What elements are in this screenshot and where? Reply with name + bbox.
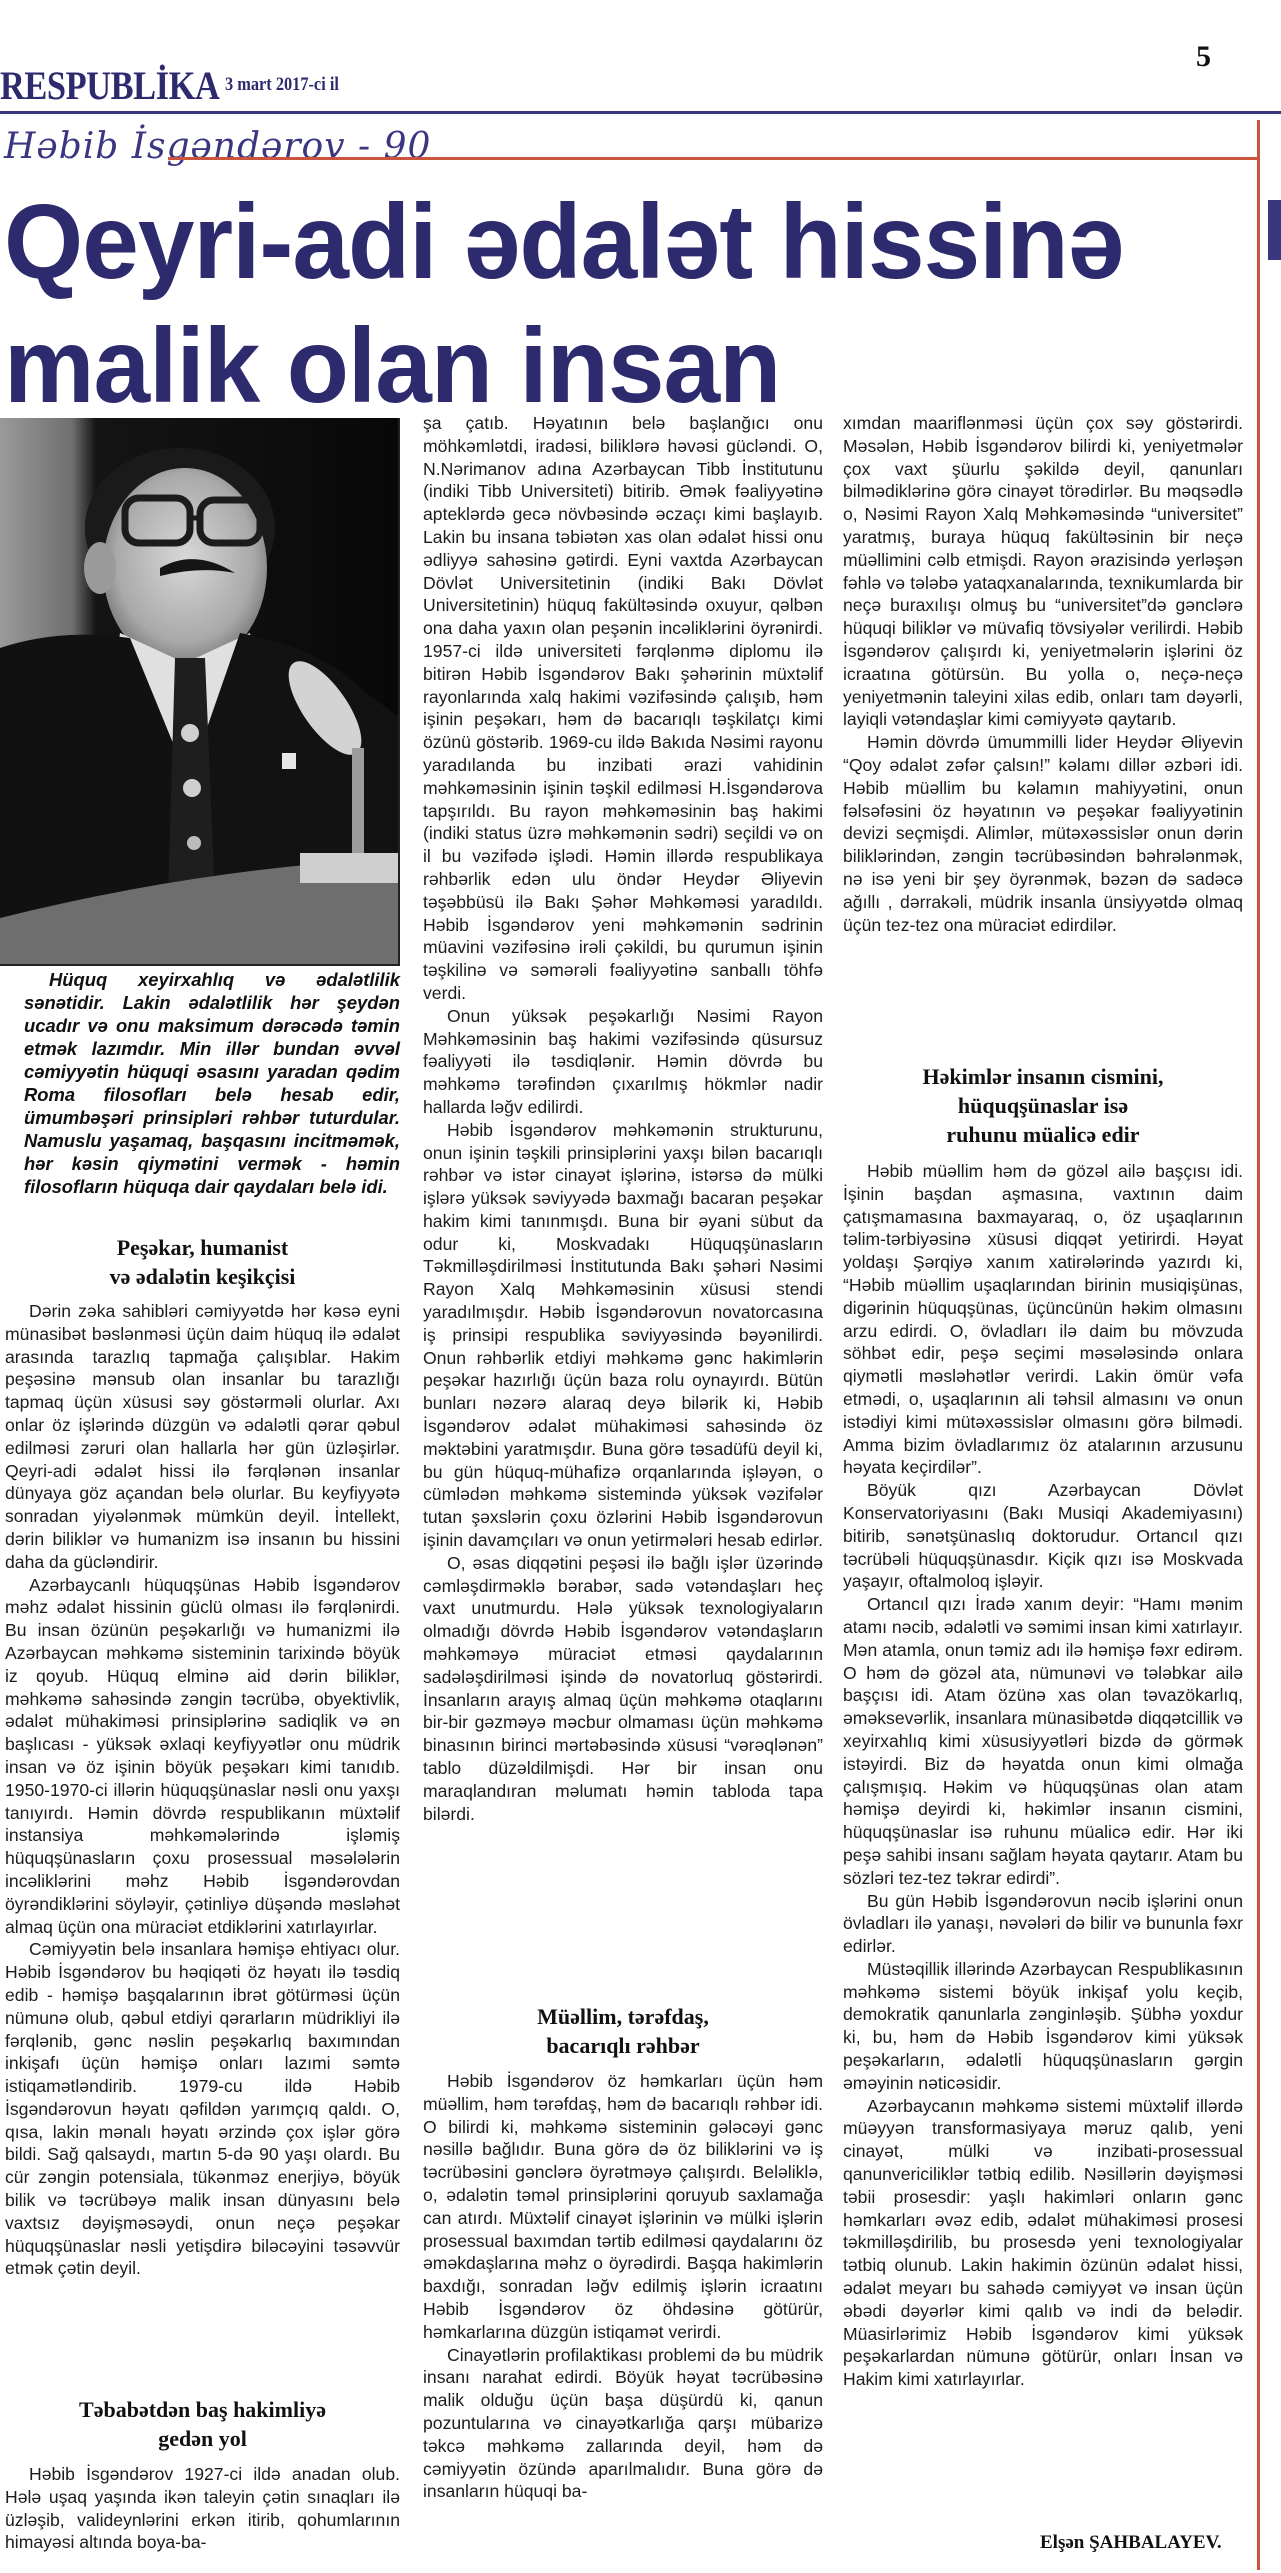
subhead-teacher-partner: Müəllim, tərəfdaş, bacarıqlı rəhbər: [423, 2002, 823, 2060]
article-column-2: şa çatıb. Həyatının belə başlanğıcı onu …: [423, 412, 823, 1825]
paragraph: Həbib İsgəndərov 1927-ci ildə anadan olu…: [5, 2463, 400, 2554]
masthead-divider: [0, 111, 1281, 114]
masthead: RESPUBLİKA 3 mart 2017-ci il: [0, 60, 1281, 112]
article-column-2-continued: Həbib İsgəndərov öz həmkarları üçün həm …: [423, 2070, 823, 2503]
subhead-medicine-to-judge: Təbabətdən baş hakimliyə gedən yol: [5, 2395, 400, 2453]
paragraph: Həbib müəllim həm də gözəl ailə başçısı …: [843, 1160, 1243, 1479]
paragraph: Həbib İsgəndərov məhkəmənin strukturunu,…: [423, 1119, 823, 1552]
subhead-professional: Peşəkar, humanist və ədalətin keşikçisi: [5, 1233, 400, 1291]
article-headline: Qeyri-adi ədalət hissinə malik olan insa…: [4, 180, 1204, 428]
article-column-3: xımdan maariflənməsi üçün çox səy göstər…: [843, 412, 1243, 936]
article-column-3-continued: Həbib müəllim həm də gözəl ailə başçısı …: [843, 1160, 1243, 2391]
paragraph: Ortancıl qızı İradə xanım deyir: “Hamı m…: [843, 1593, 1243, 1889]
headline-line-1: Qeyri-adi ədalət hissinə: [4, 180, 1204, 304]
photo-caption-quote: Hüquq xeyirxahlıq və ədalətlilik sənətid…: [24, 968, 400, 1198]
paragraph: Cəmiyyətin belə insanlara həmişə ehtiyac…: [5, 1938, 400, 2280]
paragraph: Həbib İsgəndərov öz həmkarları üçün həm …: [423, 2070, 823, 2344]
newspaper-name: RESPUBLİKA: [0, 62, 219, 109]
issue-date: 3 mart 2017-ci il: [225, 74, 339, 96]
column-edge-rule: [1257, 120, 1260, 2570]
paragraph: Həmin dövrdə ümummilli lider Heydər Əliy…: [843, 731, 1243, 936]
article-kicker: Həbib İsgəndərov - 90: [4, 126, 431, 167]
paragraph: Dərin zəka sahibləri cəmiyyətdə hər kəsə…: [5, 1300, 400, 1574]
author-byline: Elşən ŞAHBALAYEV.: [1040, 2532, 1222, 2554]
paragraph: Müstəqillik illərində Azərbaycan Respubl…: [843, 1958, 1243, 2095]
adjacent-page-fragment: [1268, 200, 1281, 260]
headline-line-2: malik olan insan: [4, 304, 1204, 428]
kicker-rule: [168, 157, 1258, 160]
page-number: 5: [1196, 40, 1211, 74]
article-column-1: Dərin zəka sahibləri cəmiyyətdə hər kəsə…: [5, 1300, 400, 2280]
paragraph: xımdan maariflənməsi üçün çox səy göstər…: [843, 412, 1243, 731]
paragraph: şa çatıb. Həyatının belə başlanğıcı onu …: [423, 412, 823, 1005]
portrait-photo: [0, 418, 400, 966]
paragraph: Böyük qızı Azərbaycan Dövlət Konservator…: [843, 1479, 1243, 1593]
subhead-doctors-lawyers: Həkimlər insanın cismini, hüquqşünaslar …: [843, 1062, 1243, 1149]
paragraph: Azərbaycanlı hüquqşünas Həbib İsgəndərov…: [5, 1574, 400, 1939]
article-column-1-continued: Həbib İsgəndərov 1927-ci ildə anadan olu…: [5, 2463, 400, 2554]
paragraph: Bu gün Həbib İsgəndərovun nəcib işlərini…: [843, 1890, 1243, 1958]
paragraph: Azərbaycanın məhkəmə sistemi müxtəlif il…: [843, 2095, 1243, 2391]
paragraph: O, əsas diqqətini peşəsi ilə bağlı işlər…: [423, 1552, 823, 1826]
paragraph: Onun yüksək peşəkarlığı Nəsimi Rayon Məh…: [423, 1005, 823, 1119]
paragraph: Cinayətlərin profilaktikası problemi də …: [423, 2344, 823, 2504]
portrait-image-icon: [0, 418, 400, 966]
